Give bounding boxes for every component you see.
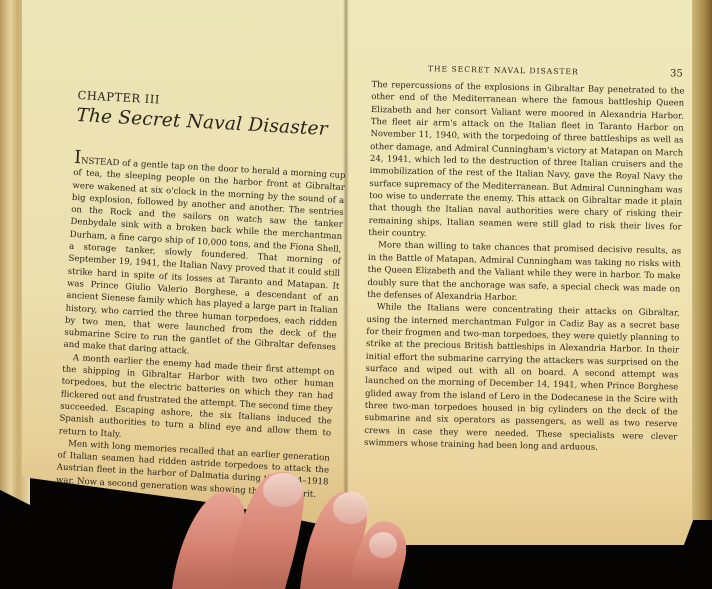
- page-number: 35: [670, 68, 683, 79]
- paragraph-text: NSTEAD of a gentle tap on the door to he…: [63, 156, 345, 357]
- open-book: CHAPTER III The Secret Naval Disaster IN…: [0, 0, 712, 540]
- paragraph: INSTEAD of a gentle tap on the door to h…: [63, 152, 346, 367]
- paragraph: More than willing to take chances that p…: [367, 239, 681, 307]
- paragraph: The repercussions of the explosions in G…: [368, 79, 684, 246]
- running-head-title: THE SECRET NAVAL DISASTER: [428, 64, 579, 76]
- book-gutter: [343, 0, 349, 520]
- right-page-text: THE SECRET NAVAL DISASTER 35 The repercu…: [364, 62, 685, 456]
- left-page-text: CHAPTER III The Secret Naval Disaster IN…: [56, 88, 350, 502]
- paragraph: A month earlier the enemy had made their…: [58, 351, 334, 452]
- book-cover-right-edge: [692, 0, 712, 520]
- paragraph: While the Italians were concentrating th…: [364, 301, 680, 456]
